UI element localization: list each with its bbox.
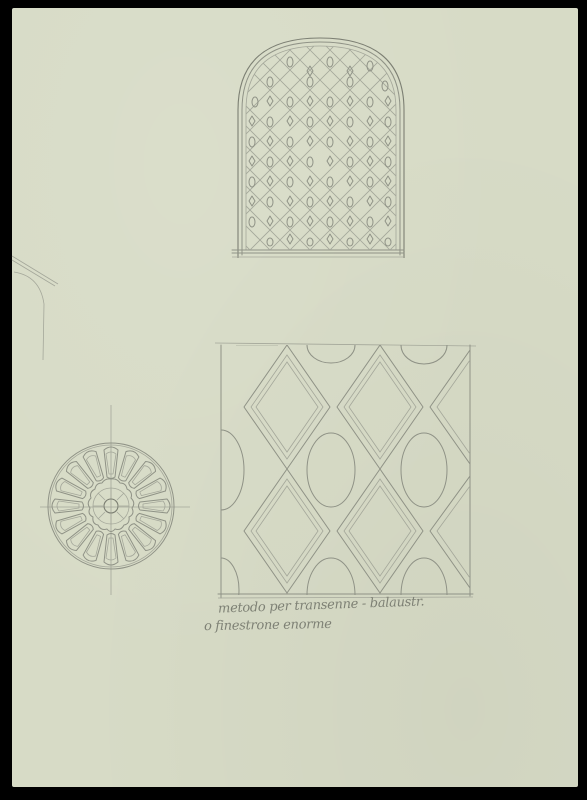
lattice-detail [198,326,476,632]
arched-grille [200,38,440,300]
annotation-line-2: o finestrone enorme [204,617,332,634]
edge-arch-fragment [12,256,58,360]
rosette [40,405,190,595]
sketch-drawing [0,0,587,800]
